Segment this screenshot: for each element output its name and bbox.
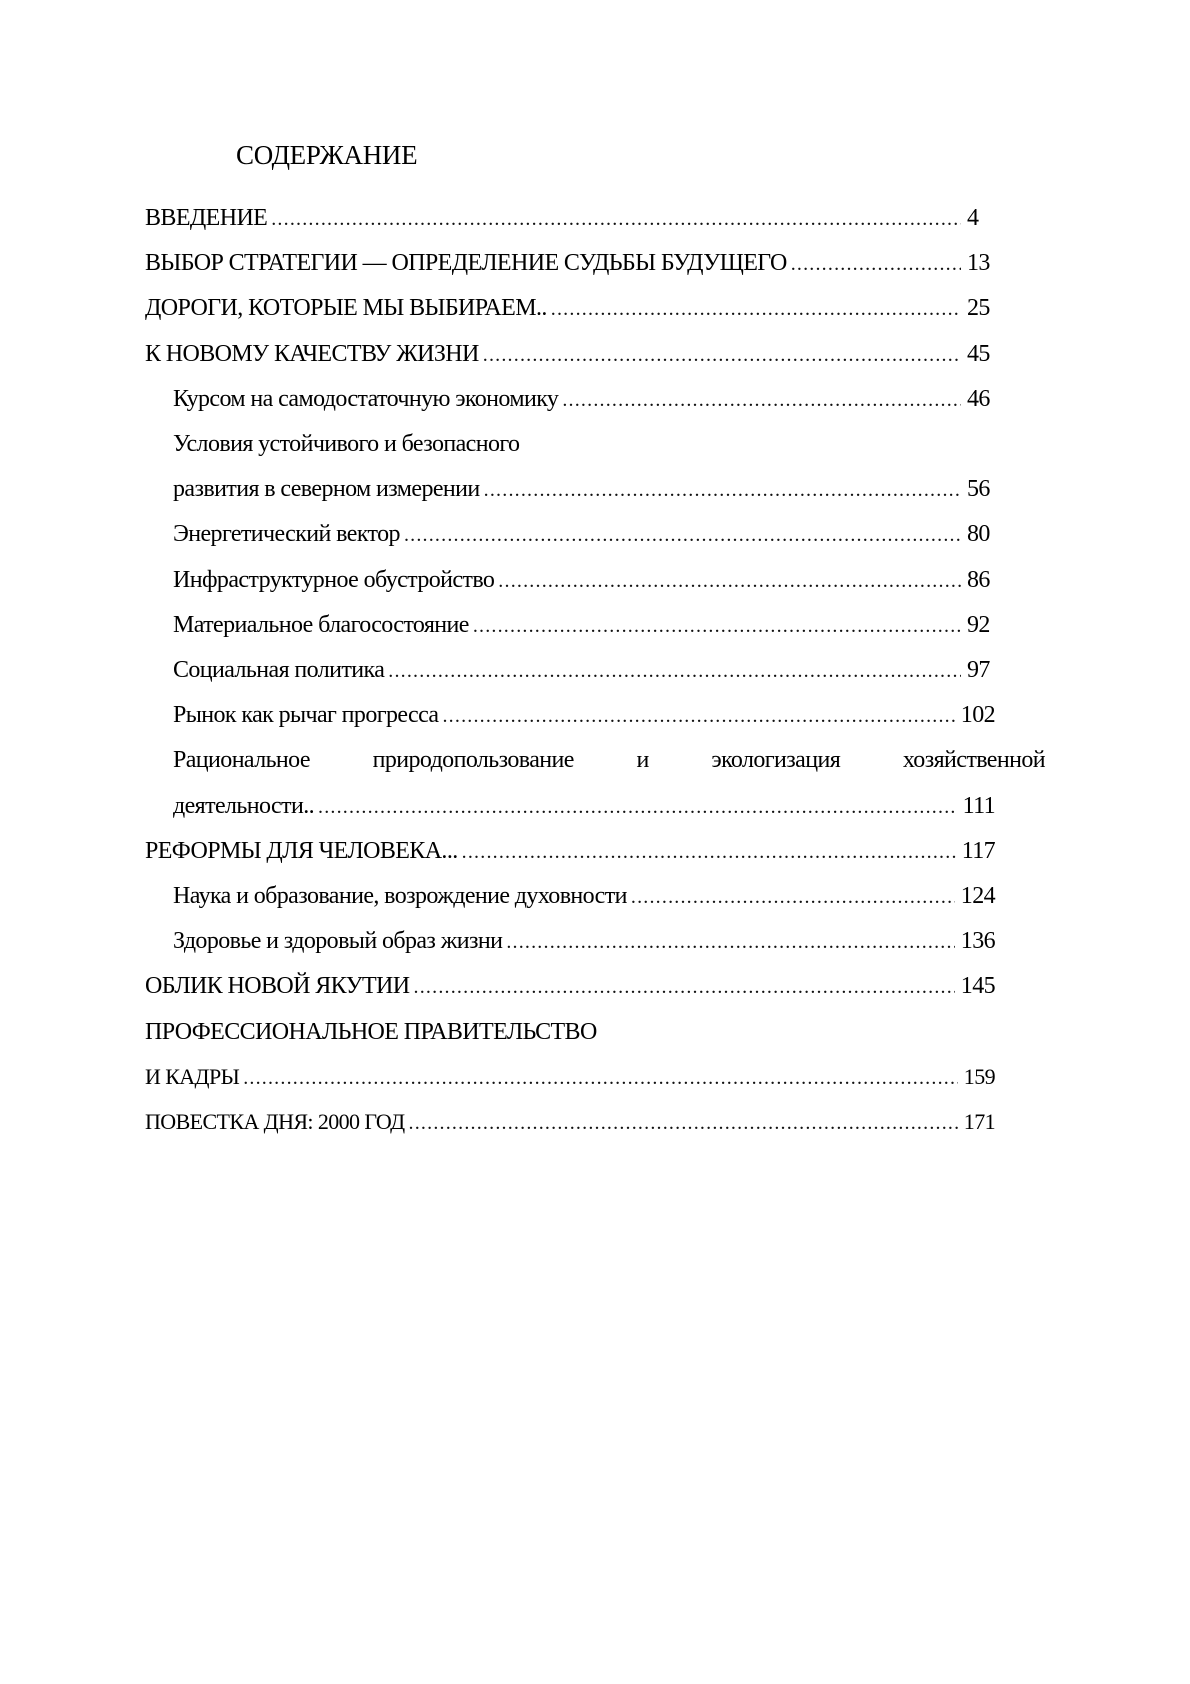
toc-page-number: 111 bbox=[963, 793, 995, 820]
dot-leader bbox=[442, 705, 954, 728]
dot-leader bbox=[243, 1067, 958, 1090]
dot-leader bbox=[409, 1112, 958, 1135]
toc-entry[interactable]: ДОРОГИ, КОТОРЫЕ МЫ ВЫБИРАЕМ..25 bbox=[145, 295, 995, 327]
toc-entry[interactable]: Курсом на самодостаточную экономику46 bbox=[173, 386, 995, 418]
toc-entry-label: РЕФОРМЫ ДЛЯ ЧЕЛОВЕКА... bbox=[145, 838, 458, 865]
dot-leader bbox=[562, 389, 961, 412]
toc-entry-label: И КАДРЫ bbox=[145, 1064, 239, 1090]
toc-entry-label: Условия устойчивого и безопасного bbox=[173, 431, 519, 458]
dot-leader bbox=[473, 615, 961, 638]
toc-entry[interactable]: Рациональноеприродопользованиеиэкологиза… bbox=[173, 747, 1045, 779]
toc-page-number: 4 bbox=[967, 205, 995, 232]
toc-page-number: 171 bbox=[964, 1109, 995, 1135]
toc-entry-label: Энергетический вектор bbox=[173, 521, 400, 548]
toc-entry-label: ПРОФЕССИОНАЛЬНОЕ ПРАВИТЕЛЬСТВО bbox=[145, 1019, 597, 1046]
toc-entry-label: Рациональноеприродопользованиеиэкологиза… bbox=[173, 747, 1045, 774]
toc-entry-label: К НОВОМУ КАЧЕСТВУ ЖИЗНИ bbox=[145, 341, 479, 368]
toc-entry[interactable]: Энергетический вектор80 bbox=[173, 521, 995, 553]
toc-page-number: 80 bbox=[967, 521, 995, 548]
dot-leader bbox=[551, 298, 961, 321]
toc-entry[interactable]: ВЫБОР СТРАТЕГИИ — ОПРЕДЕЛЕНИЕ СУДЬБЫ БУД… bbox=[145, 250, 995, 282]
dot-leader bbox=[631, 886, 955, 909]
toc-entry-label: ВЫБОР СТРАТЕГИИ — ОПРЕДЕЛЕНИЕ СУДЬБЫ БУД… bbox=[145, 250, 787, 277]
toc-entry[interactable]: Условия устойчивого и безопасного bbox=[173, 431, 995, 463]
toc-entry-label: развития в северном измерении bbox=[173, 476, 480, 503]
toc-entry-label: Наука и образование, возрождение духовно… bbox=[173, 883, 627, 910]
dot-leader bbox=[414, 976, 955, 999]
toc-page-number: 102 bbox=[961, 702, 995, 729]
toc-title: СОДЕРЖАНИЕ bbox=[236, 140, 417, 171]
dot-leader bbox=[388, 660, 961, 683]
toc-page-number: 124 bbox=[961, 883, 995, 910]
toc-page-number: 145 bbox=[961, 973, 995, 1000]
toc-entry-label: Инфраструктурное обустройство bbox=[173, 567, 494, 594]
toc-page-number: 45 bbox=[967, 341, 995, 368]
toc-entry-label: Рынок как рычаг прогресса bbox=[173, 702, 438, 729]
toc-page-number: 117 bbox=[962, 838, 995, 865]
dot-leader bbox=[506, 931, 954, 954]
dot-leader bbox=[271, 208, 961, 231]
dot-leader bbox=[318, 796, 957, 819]
toc-entry[interactable]: деятельности..111 bbox=[173, 793, 995, 825]
document-page: СОДЕРЖАНИЕ ВВЕДЕНИЕ4ВЫБОР СТРАТЕГИИ — ОП… bbox=[0, 0, 1190, 1684]
toc-entry-label: ВВЕДЕНИЕ bbox=[145, 205, 267, 232]
toc-entry-label: Курсом на самодостаточную экономику bbox=[173, 386, 558, 413]
toc-entry-label: ПОВЕСТКА ДНЯ: 2000 ГОД bbox=[145, 1109, 405, 1135]
toc-entry[interactable]: развития в северном измерении56 bbox=[173, 476, 995, 508]
toc-entry[interactable]: Наука и образование, возрождение духовно… bbox=[173, 883, 995, 915]
toc-page-number: 56 bbox=[967, 476, 995, 503]
toc-entry[interactable]: ВВЕДЕНИЕ4 bbox=[145, 205, 995, 237]
toc-entry[interactable]: Социальная политика97 bbox=[173, 657, 995, 689]
toc-entry[interactable]: ПРОФЕССИОНАЛЬНОЕ ПРАВИТЕЛЬСТВО bbox=[145, 1019, 995, 1051]
dot-leader bbox=[791, 253, 961, 276]
toc-entry-label: Социальная политика bbox=[173, 657, 384, 684]
toc-entry[interactable]: ОБЛИК НОВОЙ ЯКУТИИ145 bbox=[145, 973, 995, 1005]
toc-entry-label: Материальное благосостояние bbox=[173, 612, 469, 639]
toc-page-number: 159 bbox=[964, 1064, 995, 1090]
toc-entry-label: деятельности.. bbox=[173, 793, 314, 820]
toc-entry[interactable]: Рынок как рычаг прогресса102 bbox=[173, 702, 995, 734]
toc-entry[interactable]: Здоровье и здоровый образ жизни136 bbox=[173, 928, 995, 960]
toc-page-number: 92 bbox=[967, 612, 995, 639]
toc-entry-label: ДОРОГИ, КОТОРЫЕ МЫ ВЫБИРАЕМ.. bbox=[145, 295, 547, 322]
toc-entry[interactable]: И КАДРЫ159 bbox=[145, 1064, 995, 1096]
toc-page-number: 136 bbox=[961, 928, 995, 955]
toc-page-number: 25 bbox=[967, 295, 995, 322]
dot-leader bbox=[483, 344, 961, 367]
dot-leader bbox=[462, 841, 956, 864]
toc-page-number: 97 bbox=[967, 657, 995, 684]
toc-entry-label: Здоровье и здоровый образ жизни bbox=[173, 928, 502, 955]
dot-leader bbox=[484, 479, 961, 502]
toc-page-number: 13 bbox=[967, 250, 995, 277]
toc-entry[interactable]: Инфраструктурное обустройство86 bbox=[173, 567, 995, 599]
toc-entry[interactable]: ПОВЕСТКА ДНЯ: 2000 ГОД171 bbox=[145, 1109, 995, 1141]
dot-leader bbox=[404, 524, 961, 547]
dot-leader bbox=[498, 570, 961, 593]
toc-page-number: 86 bbox=[967, 567, 995, 594]
toc-entry-label: ОБЛИК НОВОЙ ЯКУТИИ bbox=[145, 973, 410, 1000]
toc-entry[interactable]: Материальное благосостояние92 bbox=[173, 612, 995, 644]
toc-entry[interactable]: К НОВОМУ КАЧЕСТВУ ЖИЗНИ45 bbox=[145, 341, 995, 373]
toc-page-number: 46 bbox=[967, 386, 995, 413]
toc-entry[interactable]: РЕФОРМЫ ДЛЯ ЧЕЛОВЕКА...117 bbox=[145, 838, 995, 870]
